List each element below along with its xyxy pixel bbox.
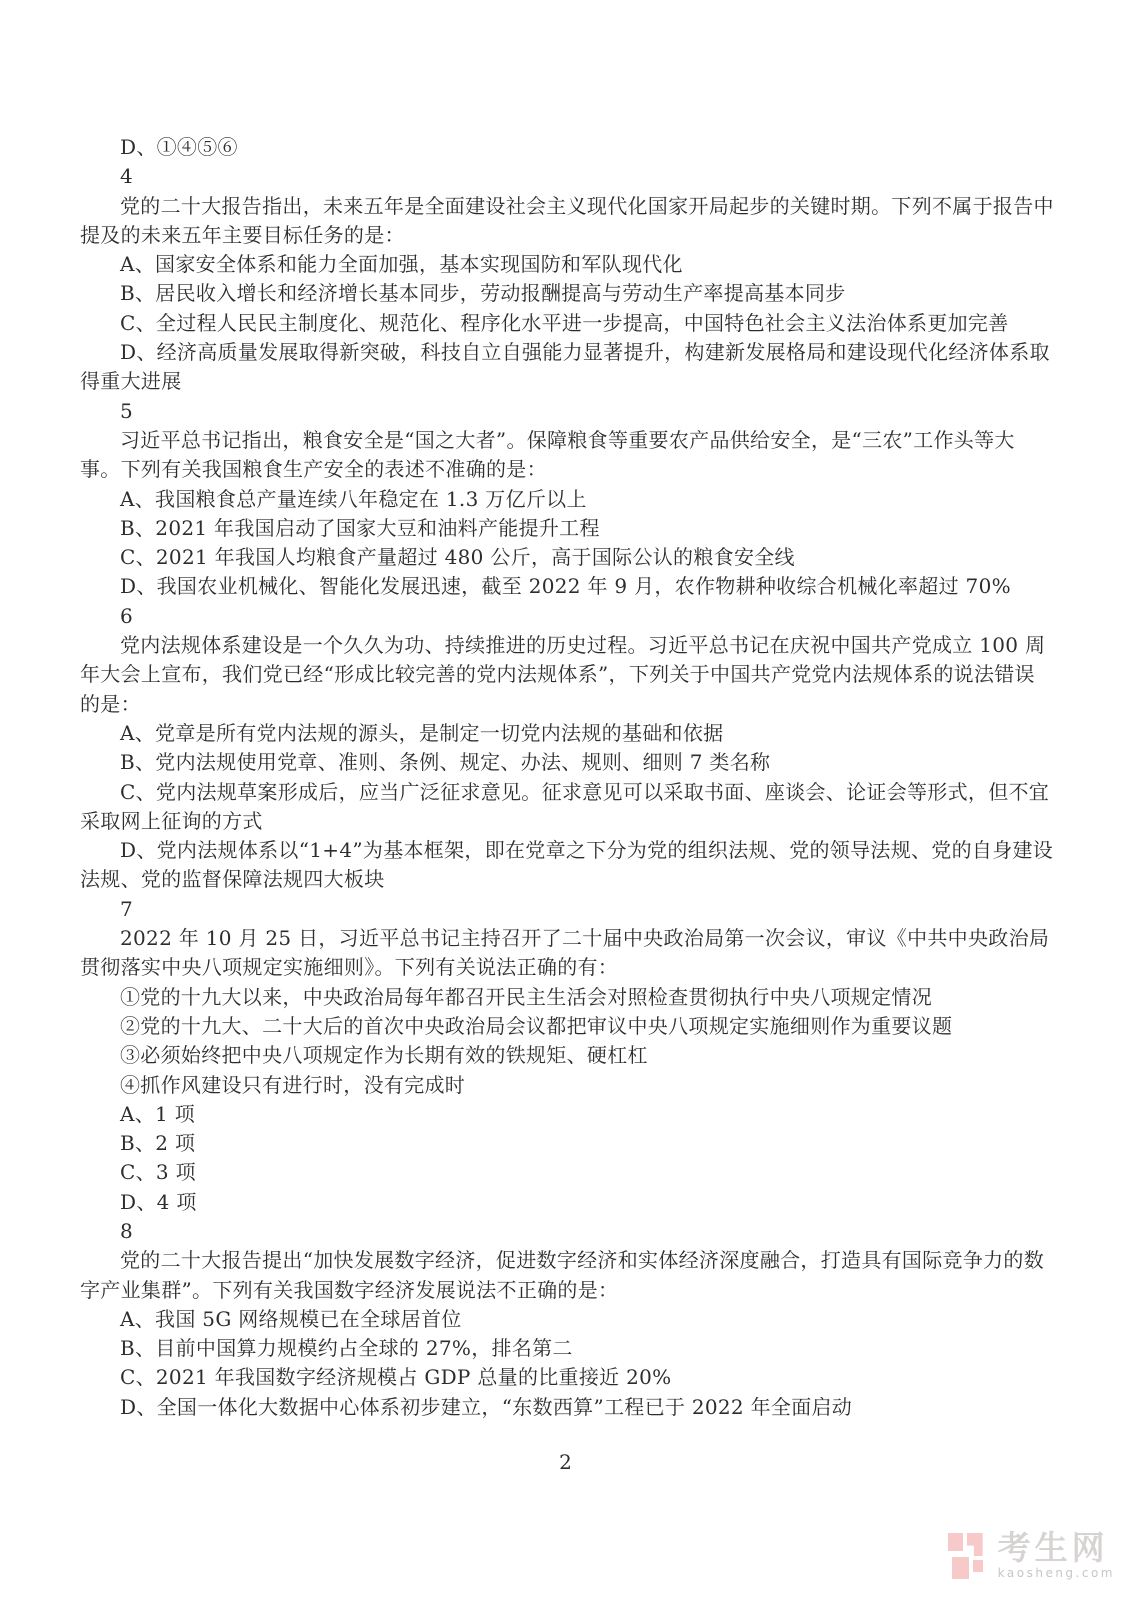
q6-option-a: A、党章是所有党内法规的源头，是制定一切党内法规的基础和依据 <box>80 719 1055 748</box>
q8-option-c: C、2021 年我国数字经济规模占 GDP 总量的比重接近 20% <box>80 1363 1055 1392</box>
q4-option-a: A、国家安全体系和能力全面加强，基本实现国防和军队现代化 <box>80 250 1055 279</box>
q5-option-a: A、我国粮食总产量连续八年稳定在 1.3 万亿斤以上 <box>80 485 1055 514</box>
q7-stem: 2022 年 10 月 25 日，习近平总书记主持召开了二十届中央政治局第一次会… <box>80 924 1055 983</box>
q8-option-a: A、我国 5G 网络规模已在全球居首位 <box>80 1305 1055 1334</box>
question-number-8: 8 <box>80 1217 1055 1246</box>
q4-option-b: B、居民收入增长和经济增长基本同步，劳动报酬提高与劳动生产率提高基本同步 <box>80 279 1055 308</box>
q5-stem: 习近平总书记指出，粮食安全是“国之大者”。保障粮食等重要农产品供给安全，是“三农… <box>80 426 1055 485</box>
q8-stem: 党的二十大报告提出“加快发展数字经济，促进数字经济和实体经济深度融合，打造具有国… <box>80 1246 1055 1305</box>
document-page: D、①④⑤⑥ 4 党的二十大报告指出，未来五年是全面建设社会主义现代化国家开局起… <box>0 0 1131 1600</box>
q7-statement-4: ④抓作风建设只有进行时，没有完成时 <box>80 1071 1055 1100</box>
q4-stem: 党的二十大报告指出，未来五年是全面建设社会主义现代化国家开局起步的关键时期。下列… <box>80 192 1055 251</box>
q7-statement-2: ②党的十九大、二十大后的首次中央政治局会议都把审议中央八项规定实施细则作为重要议… <box>80 1012 1055 1041</box>
q7-option-d: D、4 项 <box>80 1188 1055 1217</box>
q4-option-d: D、经济高质量发展取得新突破，科技自立自强能力显著提升，构建新发展格局和建设现代… <box>80 338 1055 397</box>
exam-text-body: D、①④⑤⑥ 4 党的二十大报告指出，未来五年是全面建设社会主义现代化国家开局起… <box>80 133 1055 1422</box>
q7-option-b: B、2 项 <box>80 1129 1055 1158</box>
q8-option-d: D、全国一体化大数据中心体系初步建立，“东数西算”工程已于 2022 年全面启动 <box>80 1393 1055 1422</box>
q6-option-c: C、党内法规草案形成后，应当广泛征求意见。征求意见可以采取书面、座谈会、论证会等… <box>80 778 1055 837</box>
page-number: 2 <box>0 1450 1131 1474</box>
q3-option-d: D、①④⑤⑥ <box>80 133 1055 162</box>
q4-option-c: C、全过程人民民主制度化、规范化、程序化水平进一步提高，中国特色社会主义法治体系… <box>80 309 1055 338</box>
q6-stem: 党内法规体系建设是一个久久为功、持续推进的历史过程。习近平总书记在庆祝中国共产党… <box>80 631 1055 719</box>
q6-option-d: D、党内法规体系以“1+4”为基本框架，即在党章之下分为党的组织法规、党的领导法… <box>80 836 1055 895</box>
q7-statement-1: ①党的十九大以来，中央政治局每年都召开民主生活会对照检查贯彻执行中央八项规定情况 <box>80 983 1055 1012</box>
q7-statement-3: ③必须始终把中央八项规定作为长期有效的铁规矩、硬杠杠 <box>80 1041 1055 1070</box>
kaosheng-watermark: 考生网 kaosheng.com <box>948 1531 1115 1580</box>
kaosheng-brand-name: 考生网 <box>998 1531 1115 1564</box>
q5-option-b: B、2021 年我国启动了国家大豆和油料产能提升工程 <box>80 514 1055 543</box>
q5-option-c: C、2021 年我国人均粮食产量超过 480 公斤，高于国际公认的粮食安全线 <box>80 543 1055 572</box>
q6-option-b: B、党内法规使用党章、准则、条例、规定、办法、规则、细则 7 类名称 <box>80 748 1055 777</box>
kaosheng-logo-icon <box>948 1533 988 1579</box>
q8-option-b: B、目前中国算力规模约占全球的 27%，排名第二 <box>80 1334 1055 1363</box>
q7-option-a: A、1 项 <box>80 1100 1055 1129</box>
question-number-7: 7 <box>80 895 1055 924</box>
question-number-5: 5 <box>80 397 1055 426</box>
question-number-6: 6 <box>80 602 1055 631</box>
q7-option-c: C、3 项 <box>80 1158 1055 1187</box>
question-number-4: 4 <box>80 162 1055 191</box>
q5-option-d: D、我国农业机械化、智能化发展迅速，截至 2022 年 9 月，农作物耕种收综合… <box>80 572 1055 601</box>
kaosheng-domain: kaosheng.com <box>998 1566 1115 1580</box>
